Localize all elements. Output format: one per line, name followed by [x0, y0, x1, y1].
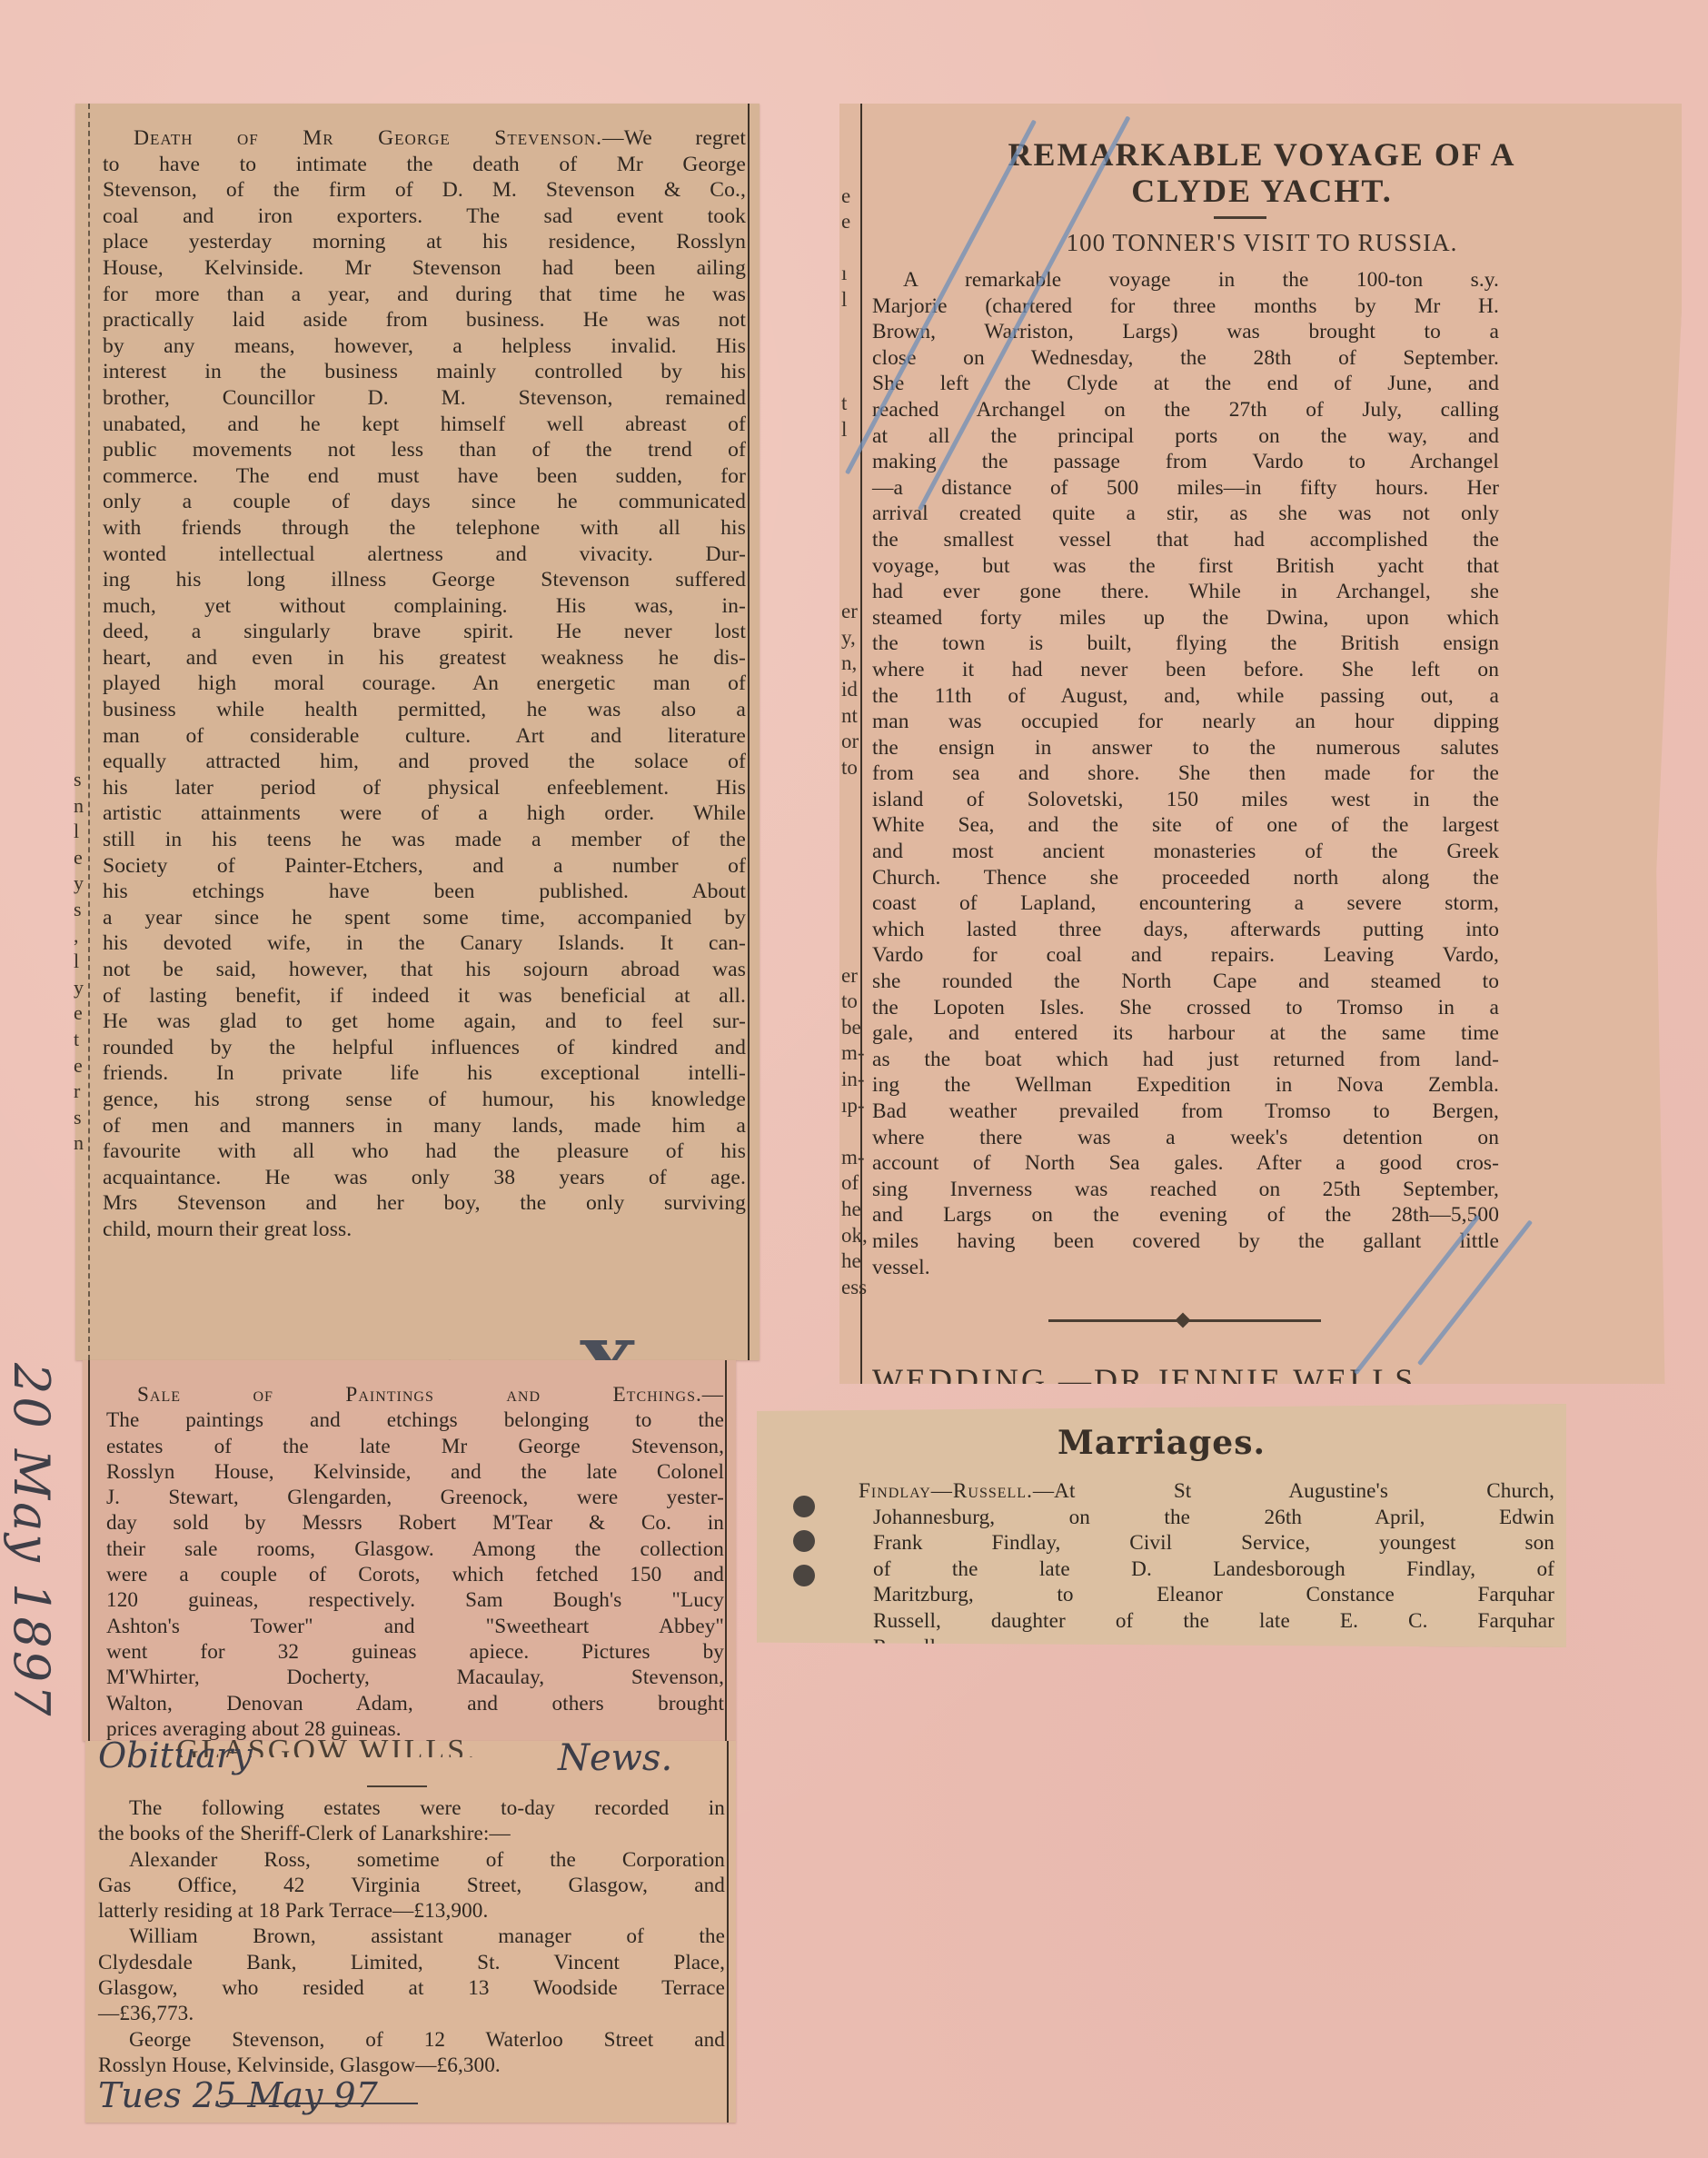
text-line: his etchings have been published. About [103, 879, 746, 905]
text-line: of men and manners in many lands, made h… [103, 1113, 746, 1139]
text-line: brother, Councillor D. M. Stevenson, rem… [103, 385, 746, 412]
text-line: close on Wednesday, the 28th of Septembe… [872, 345, 1499, 372]
margin-fragment: n [74, 793, 92, 820]
text-line: deed, a singularly brave spirit. He neve… [103, 619, 746, 645]
text-line: the 11th of August, and, while passing o… [872, 683, 1499, 710]
text-line: artistic attainments were of a high orde… [103, 801, 746, 827]
text-line: Rosslyn House, Kelvinside, and the late … [106, 1459, 724, 1485]
text-line: place yesterday morning at his residence… [103, 229, 746, 255]
obituary-text: Death of Mr George Stevenson.—We regret … [103, 125, 746, 1243]
column-rule-right [725, 1360, 727, 1741]
ink-dots-mark [793, 1490, 820, 1599]
text-line: where there was a week's detention on [872, 1125, 1499, 1151]
handwritten-underline [220, 2103, 418, 2104]
text-line: Marjorie (chartered for three months by … [872, 293, 1499, 320]
text-line: steamed forty miles up the Dwina, upon w… [872, 605, 1499, 631]
text-line: She left the Clyde at the end of June, a… [872, 371, 1499, 397]
margin-fragment: he [841, 1198, 861, 1221]
voyage-clipping: eeıltlery,n,idntortoertobem-in-ıp-m-ofhe… [839, 104, 1682, 1384]
text-line: still in his teens he was made a member … [103, 827, 746, 853]
marriages-clipping: Marriages. Findlay—Russell.—At St August… [757, 1404, 1566, 1647]
text-line: vessel. [872, 1255, 1499, 1281]
text-line: George Stevenson, of 12 Waterloo Street … [98, 2027, 725, 2053]
text-line: business while health permitted, he was … [103, 697, 746, 723]
margin-fragment: e [74, 1053, 92, 1079]
text-line: Church. Thence she proceeded north along… [872, 865, 1499, 891]
text-line: which lasted three days, afterwards putt… [872, 917, 1499, 943]
text-line: The following estates were to-day record… [98, 1795, 725, 1821]
column-rule-right [748, 104, 750, 1360]
sale-body: The paintings and etchings belonging to … [106, 1407, 724, 1742]
text-line: latterly residing at 18 Park Terrace—£13… [98, 1898, 725, 1924]
text-line: Mrs Stevenson and her boy, the only surv… [103, 1190, 746, 1217]
text-line: played high moral courage. An energetic … [103, 671, 746, 697]
text-line: gale, and entered its harbour at the sam… [872, 1020, 1499, 1047]
adjacent-column-fragments: eeıltlery,n,idntortoertobem-in-ıp-m-ofhe… [839, 104, 867, 1384]
margin-fragment: n [74, 1130, 92, 1157]
marriages-text: Findlay—Russell.—At St Augustine's Churc… [859, 1478, 1554, 1660]
text-line: Brown, Warriston, Largs) was brought to … [872, 319, 1499, 345]
text-line: and Largs on the evening of the 28th—5,5… [872, 1202, 1499, 1228]
text-line: ing the Wellman Expedition in Nova Zembl… [872, 1072, 1499, 1099]
margin-fragment: to [841, 989, 858, 1013]
margin-fragment: s [74, 767, 92, 793]
text-line: of lasting benefit, if indeed it was ben… [103, 983, 746, 1009]
margin-fragment: y, [841, 626, 856, 650]
wills-text: The following estates were to-day record… [98, 1795, 725, 2078]
text-line: Russell, daughter of the late E. C. Farq… [873, 1608, 1554, 1635]
voyage-headline: REMARKABLE VOYAGE OF A CLYDE YACHT. [885, 136, 1639, 209]
text-line: day sold by Messrs Robert M'Tear & Co. i… [106, 1510, 724, 1536]
margin-fragments: snleys,lyetersn [74, 767, 92, 1157]
text-line: wonted intellectual alertness and vivaci… [103, 542, 746, 568]
handwritten-obituary-label: Obituary [98, 1735, 253, 1775]
text-line: Clydesdale Bank, Limited, St. Vincent Pl… [98, 1950, 725, 1975]
text-line: practically laid aside from business. He… [103, 307, 746, 333]
wills-body: The following estates were to-day record… [98, 1795, 725, 2078]
text-line: heart, and even in his greatest weakness… [103, 645, 746, 671]
text-line: White Sea, and the site of one of the la… [872, 812, 1499, 839]
margin-fragment: t [841, 392, 847, 415]
text-line: only a couple of days since he communica… [103, 489, 746, 515]
text-line: his later period of physical enfeeblemen… [103, 775, 746, 801]
text-line: Maritzburg, to Eleanor Constance Farquha… [873, 1582, 1554, 1608]
handwritten-news-label: News. [558, 1737, 672, 1779]
margin-fragment: e [841, 184, 850, 208]
text-line: of the late D. Landesborough Findlay, of [873, 1556, 1554, 1583]
title-divider [367, 1785, 427, 1787]
obituary-heading: Death of Mr George Stevenson. [134, 126, 602, 150]
text-line: to have to intimate the death of Mr Geor… [103, 152, 746, 178]
text-line: The paintings and etchings belonging to … [106, 1407, 724, 1433]
text-line: the ensign in answer to the numerous sal… [872, 735, 1499, 761]
text-line: making the passage from Vardo to Archang… [872, 449, 1499, 475]
margin-fragment: e [841, 210, 850, 234]
text-line: commerce. The end must have been sudden,… [103, 463, 746, 490]
margin-fragment: nt [841, 704, 858, 728]
margin-fragment: id [841, 678, 858, 701]
text-line: Glasgow, who resided at 13 Woodside Terr… [98, 1975, 725, 2001]
margin-fragment: y [74, 870, 92, 897]
text-line: House, Kelvinside. Mr Stevenson had been… [103, 255, 746, 282]
text-line: M'Whirter, Docherty, Macaulay, Stevenson… [106, 1665, 724, 1690]
text-line: Johannesburg, on the 26th April, Edwin [873, 1505, 1554, 1531]
margin-fragment: ı [841, 262, 847, 285]
text-line: by any means, however, a helpless invali… [103, 333, 746, 360]
text-line: account of North Sea gales. After a good… [872, 1150, 1499, 1177]
obituary-body: to have to intimate the death of Mr Geor… [103, 152, 746, 1243]
text-line: William Brown, assistant manager of the [98, 1924, 725, 1949]
sale-heading: Sale of Paintings and Etchings.— [106, 1382, 724, 1407]
wills-clipping: GLASGOW WILLS. Obituary News. The follow… [85, 1741, 736, 2123]
text-line: public movements not less than of the tr… [103, 437, 746, 463]
text-line: his devoted wife, in the Canary Islands.… [103, 930, 746, 957]
text-line: coast of Lapland, encountering a severe … [872, 890, 1499, 917]
text-line: Stevenson, of the firm of D. M. Stevenso… [103, 177, 746, 204]
text-line: acquaintance. He was only 38 years of ag… [103, 1165, 746, 1191]
text-line: the smallest vessel that had accomplishe… [872, 527, 1499, 553]
marriages-title: Marriages. [757, 1424, 1566, 1462]
text-line: voyage, but was the first British yacht … [872, 553, 1499, 580]
text-line: man was occupied for nearly an hour dipp… [872, 709, 1499, 735]
text-line: J. Stewart, Glengarden, Greenock, were y… [106, 1485, 724, 1510]
voyage-subheadline: 100 TONNER'S VISIT TO RUSSIA. [885, 229, 1639, 257]
margin-handwritten-date: 20 May 1897 [4, 1363, 76, 1708]
text-line: from sea and shore. She then made for th… [872, 761, 1499, 787]
margin-fragment: er [841, 964, 858, 988]
text-line: had ever gone there. While in Archangel,… [872, 579, 1499, 605]
text-line: child, mourn their great loss. [103, 1217, 746, 1243]
margin-fragment: ok, [841, 1224, 868, 1248]
obituary-clipping: snleys,lyetersn Death of Mr George Steve… [75, 104, 760, 1360]
text-line: sing Inverness was reached on 25th Septe… [872, 1177, 1499, 1203]
text-line: a year since he spent some time, accompa… [103, 905, 746, 931]
text-line: —£36,773. [98, 2001, 725, 2026]
text-line: she rounded the North Cape and steamed t… [872, 969, 1499, 995]
text-line: their sale rooms, Glasgow. Among the col… [106, 1536, 724, 1562]
margin-fragment: t [74, 1027, 92, 1053]
text-line: were a couple of Corots, which fetched 1… [106, 1562, 724, 1587]
margin-fragment: l [74, 949, 92, 975]
margin-fragment: y [74, 975, 92, 1001]
text-line: the Lopoten Isles. She crossed to Tromso… [872, 995, 1499, 1021]
text-line: equally attracted him, and proved the so… [103, 749, 746, 775]
text-line: 120 guineas, respectively. Sam Bough's "… [106, 1587, 724, 1613]
text-line: coal and iron exporters. The sad event t… [103, 204, 746, 230]
text-line: estates of the late Mr George Stevenson, [106, 1434, 724, 1459]
text-line: arrival created quite a stir, as she was… [872, 501, 1499, 527]
column-rule [860, 104, 862, 1384]
text-line: Walton, Denovan Adam, and others brought [106, 1691, 724, 1716]
text-line: friends. In private life his exceptional… [103, 1060, 746, 1087]
text-line: much, yet without complaining. His was, … [103, 593, 746, 620]
handwritten-date: Tues 25 May 97 [98, 2075, 378, 2115]
margin-fragment: e [74, 1000, 92, 1027]
margin-fragment: he [841, 1249, 861, 1273]
text-line: Gas Office, 42 Virginia Street, Glasgow,… [98, 1873, 725, 1898]
margin-fragment: r [74, 1079, 92, 1105]
margin-fragment: be [841, 1016, 861, 1039]
text-line: Frank Findlay, Civil Service, youngest s… [873, 1530, 1554, 1556]
text-line: gence, his strong sense of humour, his k… [103, 1087, 746, 1113]
text-line: the town is built, flying the British en… [872, 631, 1499, 657]
margin-fragment: of [841, 1171, 859, 1195]
text-line: not be said, however, that his sojourn a… [103, 957, 746, 983]
text-line: A remarkable voyage in the 100-ton s.y. [872, 267, 1499, 293]
text-line: —a distance of 500 miles—in fifty hours.… [872, 475, 1499, 502]
column-rule-left [88, 104, 90, 1360]
headline-divider [1214, 216, 1266, 219]
text-line: rounded by the helpful influences of kin… [103, 1035, 746, 1061]
text-line: interest in the business mainly controll… [103, 359, 746, 385]
column-rule-left [88, 1360, 90, 1741]
cut-off-heading: WEDDING.—DR JENNIE WELLS [872, 1362, 1508, 1384]
text-line: Ashton's Tower" and "Sweetheart Abbey" [106, 1614, 724, 1639]
text-line: Society of Painter-Etchers, and a number… [103, 853, 746, 880]
margin-fragment: s [74, 1105, 92, 1131]
margin-fragment: s [74, 897, 92, 923]
marriages-body: Johannesburg, on the 26th April, EdwinFr… [859, 1505, 1554, 1661]
obituary-first-line: Death of Mr George Stevenson.—We regret [103, 125, 746, 152]
margin-fragment: l [841, 418, 847, 442]
text-line: miles having been covered by the gallant… [872, 1228, 1499, 1255]
column-rule-right [727, 1741, 729, 2123]
margin-fragment: to [841, 756, 858, 780]
margin-fragment: l [841, 288, 847, 312]
text-line: as the boat which had just returned from… [872, 1047, 1499, 1073]
margin-fragment: e [74, 845, 92, 871]
text-line: where it had never been before. She left… [872, 657, 1499, 683]
text-line: and most ancient monasteries of the Gree… [872, 839, 1499, 865]
text-line: favourite with all who had the pleasure … [103, 1139, 746, 1165]
sale-text: Sale of Paintings and Etchings.— The pai… [106, 1382, 724, 1742]
ornamental-divider [1048, 1319, 1321, 1322]
text-line: Bad weather prevailed from Tromso to Ber… [872, 1099, 1499, 1125]
marriage-first-line: Findlay—Russell.—At St Augustine's Churc… [859, 1478, 1554, 1505]
sale-clipping: Sale of Paintings and Etchings.— The pai… [83, 1360, 736, 1741]
text-line: Alexander Ross, sometime of the Corporat… [98, 1847, 725, 1873]
text-line: for more than a year, and during that ti… [103, 282, 746, 308]
text-line: Vardo for coal and repairs. Leaving Vard… [872, 942, 1499, 969]
text-line: the books of the Sheriff-Clerk of Lanark… [98, 1821, 725, 1846]
margin-fragment: er [841, 600, 858, 623]
text-line: with friends through the telephone with … [103, 515, 746, 542]
margin-date-text: 20 May 1897 [3, 1363, 60, 1718]
text-line: ing his long illness George Stevenson su… [103, 567, 746, 593]
text-line: unabated, and he kept himself well abrea… [103, 412, 746, 438]
text-line: island of Solovetski, 150 miles west in … [872, 787, 1499, 813]
text-line: went for 32 guineas apiece. Pictures by [106, 1639, 724, 1665]
margin-fragment: n, [841, 651, 857, 675]
margin-fragment: , [74, 923, 92, 950]
margin-fragment: l [74, 819, 92, 845]
margin-fragment: ess [841, 1276, 867, 1299]
text-line: man of considerable culture. Art and lit… [103, 723, 746, 750]
margin-fragment: or [841, 730, 859, 753]
text-line: He was glad to get home again, and to fe… [103, 1009, 746, 1035]
